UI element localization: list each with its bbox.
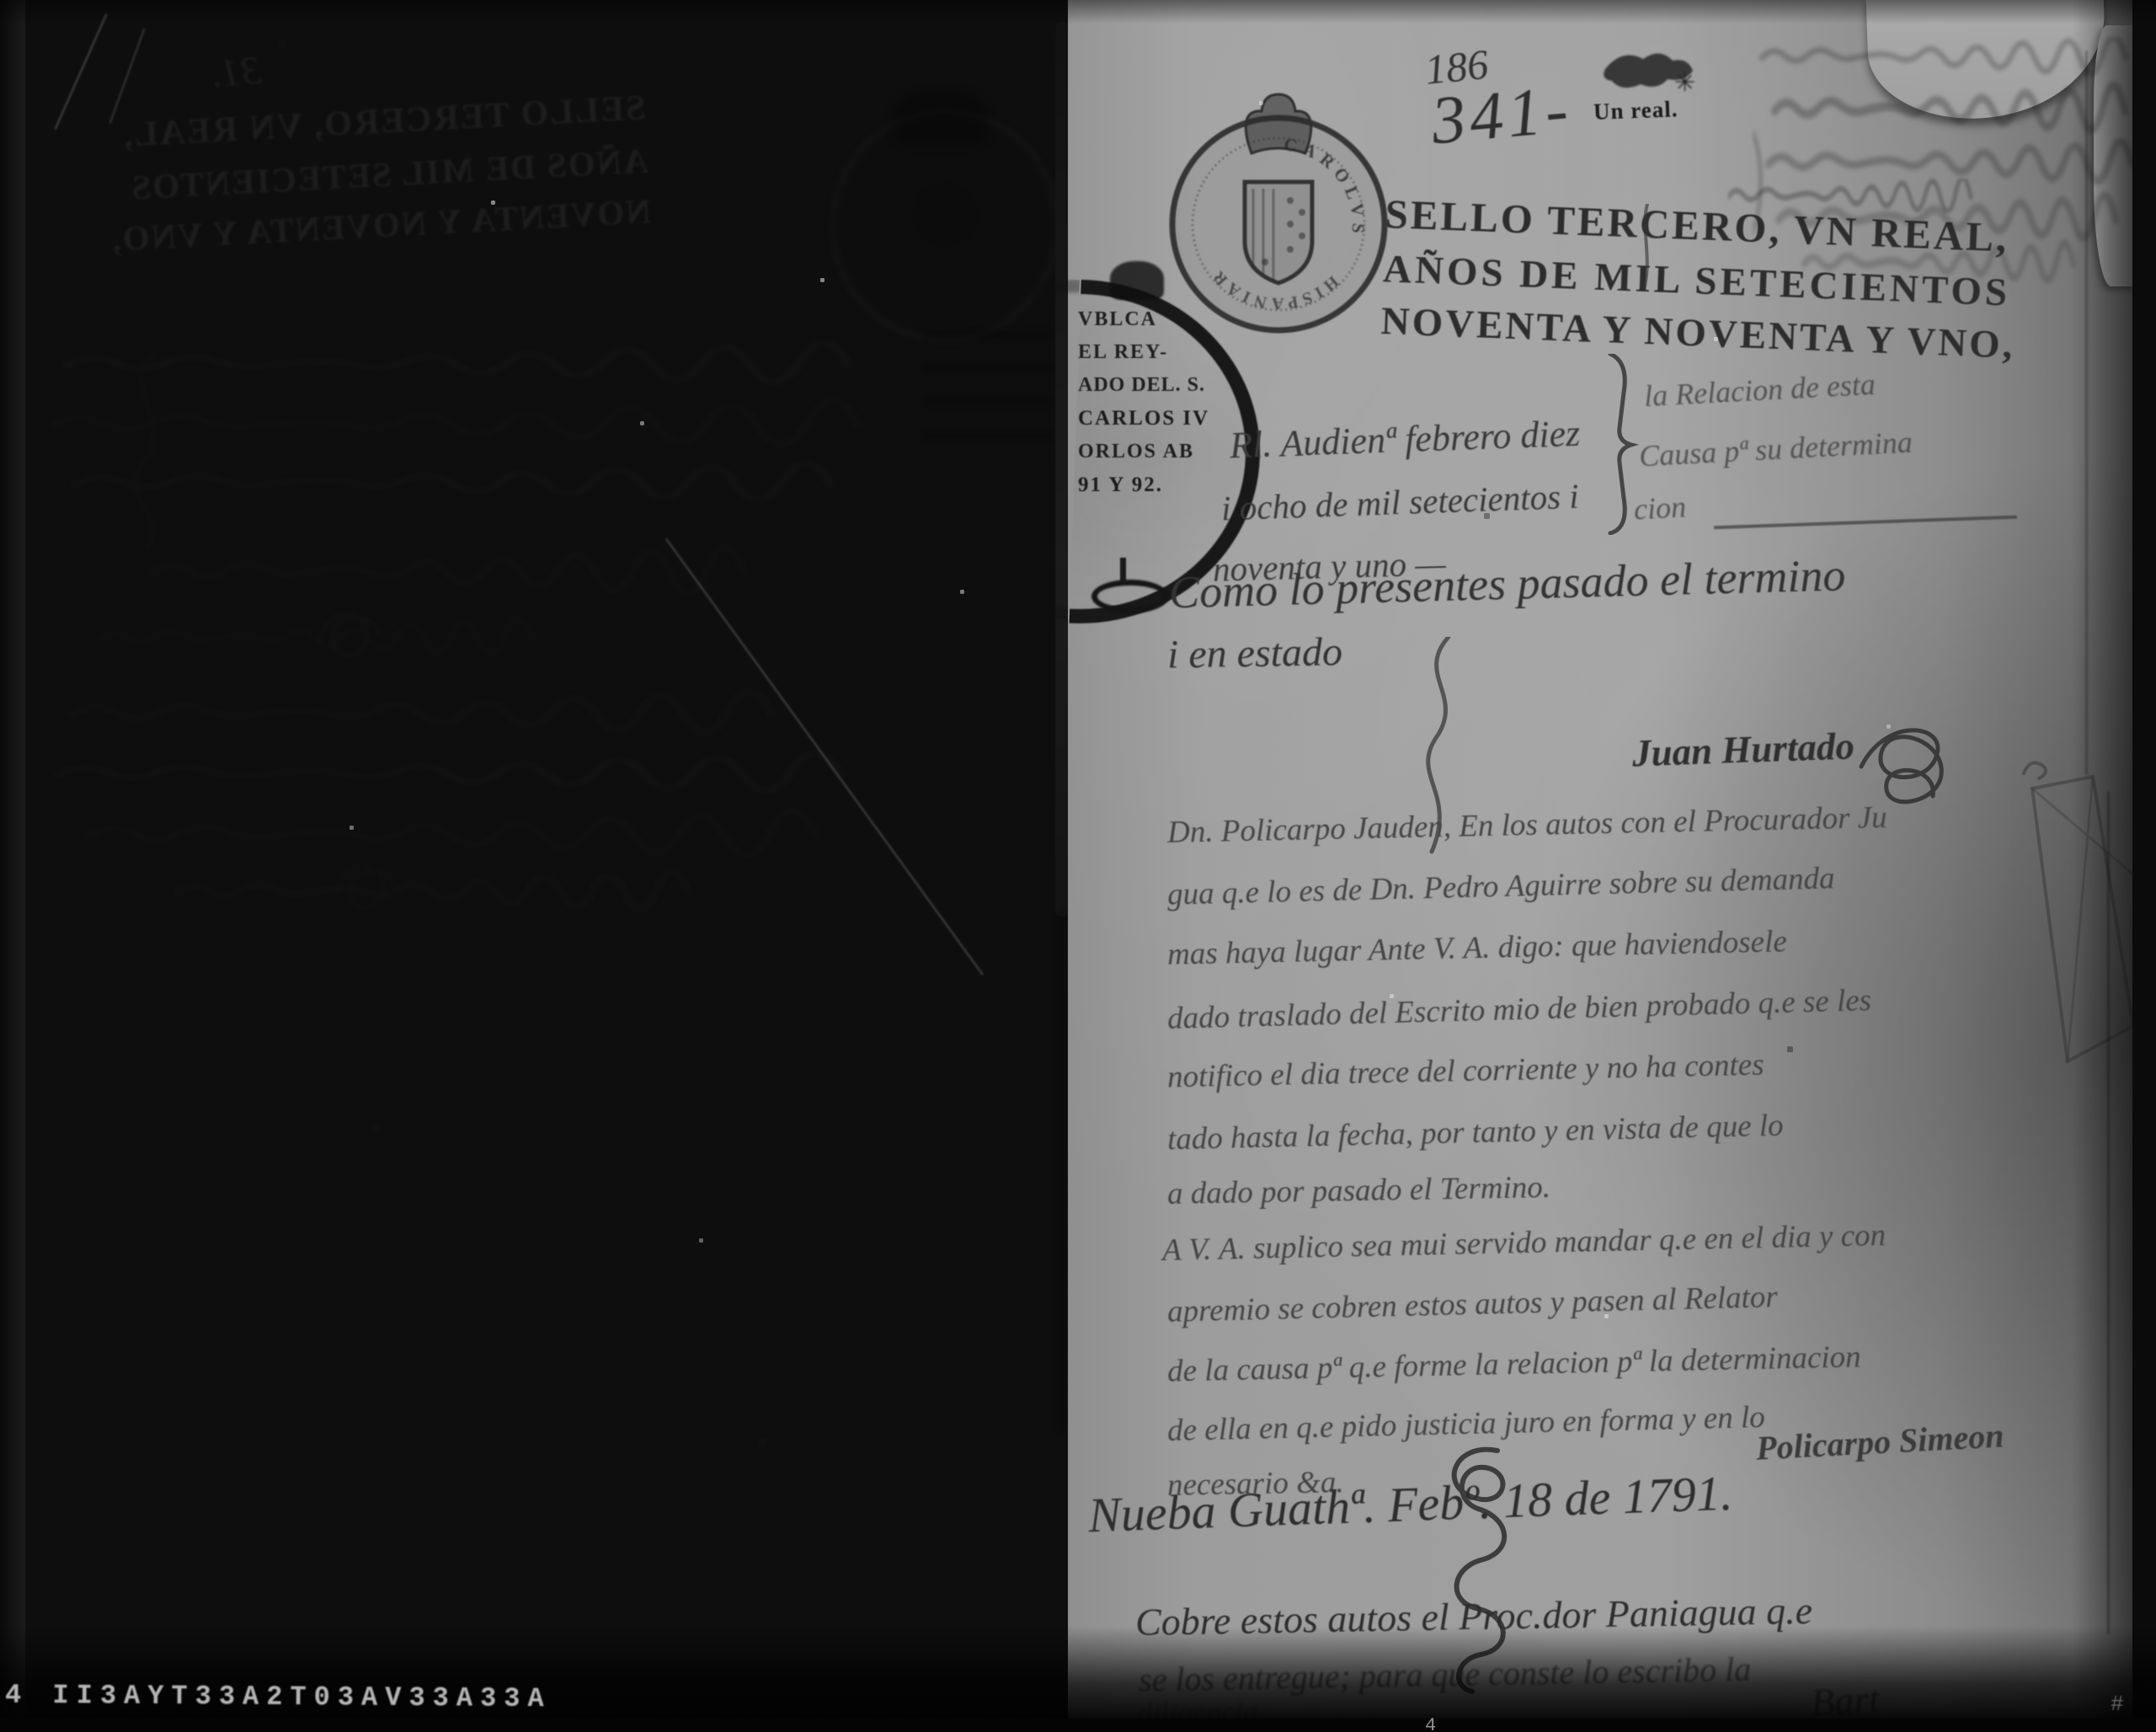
mirrored-sello-block: SELLO TERCERO, VN REAL, AÑOS DE MIL SETE… xyxy=(140,88,652,257)
seal-bleedthrough-crown xyxy=(894,91,987,145)
ink-specks-dark xyxy=(0,0,1,1)
habilitado-stamp-bleed-lines xyxy=(925,330,1051,482)
film-edge-right xyxy=(2132,0,2156,1732)
pen-stroke xyxy=(1641,204,1661,291)
clerk-signature: Juan Hurtado xyxy=(1631,724,1855,775)
film-edge-code: 4 II3AYT33A2T03AV33A33A xyxy=(5,1680,552,1715)
habilitado-stamp-base xyxy=(1091,580,1169,613)
page-gutter-shadow xyxy=(1058,910,1065,1432)
film-edge-tick: 4 xyxy=(1425,1715,1436,1732)
margin-note-line: cion xyxy=(1633,489,1687,527)
habilitado-stamp-stem xyxy=(1120,558,1126,583)
mirrored-folio-number: 31. xyxy=(209,47,263,97)
habilitado-line: VBLCA xyxy=(1078,308,1230,331)
film-corner-mark: # xyxy=(2111,1692,2124,1717)
habilitado-line: CARLOS IV xyxy=(1078,407,1230,430)
film-edge-bottom xyxy=(0,1626,2156,1732)
film-edge-right-gradient xyxy=(2072,0,2132,1732)
habilitado-line: ORLOS AB xyxy=(1078,441,1230,463)
film-edge-left xyxy=(0,0,25,1732)
film-edge-bottom-solid xyxy=(0,1719,2156,1732)
folio-number-large: 341- xyxy=(1428,72,1575,160)
habilitado-stamp-crown xyxy=(1110,261,1164,300)
royal-seal: CAROLVS HISPANIAR xyxy=(1164,89,1393,342)
habilitado-line: 91 Y 92. xyxy=(1078,473,1230,497)
decree-line: i en estado xyxy=(1167,628,1343,678)
habilitado-line: ADO DEL. S. xyxy=(1078,374,1230,397)
un-real-stamp: Un real. xyxy=(1593,96,1678,125)
petition-line: a dado por pasado el Termino. xyxy=(1167,1169,1551,1212)
svg-text:✳: ✳ xyxy=(1674,69,1695,97)
habilitado-line: EL REY- xyxy=(1078,341,1230,364)
film-edge-top xyxy=(0,0,2156,24)
microfilm-scan: 31. SELLO TERCERO, VN REAL, AÑOS DE MIL … xyxy=(0,0,2156,1732)
habilitado-stamp-text: VBLCA EL REY- ADO DEL. S. CARLOS IV ORLO… xyxy=(1078,308,1230,497)
